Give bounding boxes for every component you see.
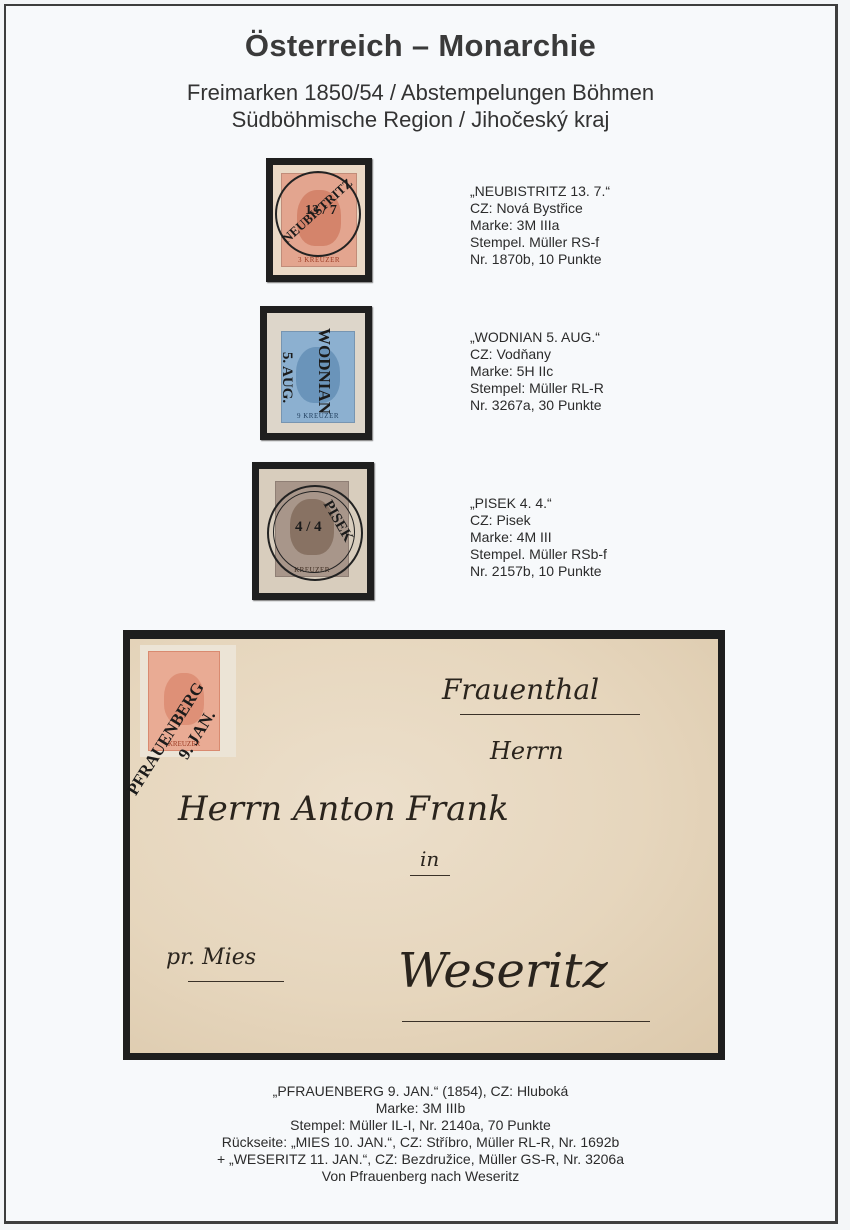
stamp-description-pisek: „PISEK 4. 4.“ CZ: Pisek Marke: 4M III St… (470, 495, 607, 580)
underline (402, 1021, 650, 1022)
cancel-town: WODNIAN (314, 328, 334, 414)
stamp-description-neubistritz: „NEUBISTRITZ 13. 7.“ CZ: Nová Bystřice M… (470, 183, 610, 268)
postal-cover: KREUZER PFRAUENBERG 9. JAN. Frauenthal H… (130, 639, 718, 1053)
stamp-pisek: KREUZER PISEK 4 / 4 (259, 469, 367, 593)
handwriting-via-mies: pr. Mies (166, 945, 256, 970)
underline (410, 875, 450, 876)
stamp-value-label: 3 KREUZER (282, 256, 356, 264)
handwriting-in: in (420, 847, 439, 871)
stamp-neubistritz: 3 KREUZER NEUBISTRITZ 13 / 7 (273, 165, 365, 275)
page-title: Österreich – Monarchie (6, 28, 835, 64)
handwriting-frauenthal: Frauenthal (442, 673, 599, 706)
cancel-date: 5. AUG. (278, 352, 295, 403)
handwriting-herrn-1: Herrn (490, 737, 564, 765)
stamp-wodnian: 9 KREUZER WODNIAN 5. AUG. (267, 313, 365, 433)
underline (188, 981, 284, 982)
stamp-description-wodnian: „WODNIAN 5. AUG.“ CZ: Vodňany Marke: 5H … (470, 329, 604, 414)
stamp-mount-neubistritz: 3 KREUZER NEUBISTRITZ 13 / 7 (266, 158, 372, 282)
handwriting-weseritz: Weseritz (398, 943, 608, 999)
stamp-mount-pisek: KREUZER PISEK 4 / 4 (252, 462, 374, 600)
cover-caption: „PFRAUENBERG 9. JAN.“ (1854), CZ: Hlubok… (6, 1083, 835, 1185)
stamp-mount-wodnian: 9 KREUZER WODNIAN 5. AUG. (260, 306, 372, 440)
underline (460, 714, 640, 715)
handwriting-addressee: Herrn Anton Frank (178, 789, 509, 829)
cover-mount: KREUZER PFRAUENBERG 9. JAN. Frauenthal H… (123, 630, 725, 1060)
cancel-date: 13 / 7 (305, 203, 337, 219)
page-subtitle-1: Freimarken 1850/54 / Abstempelungen Böhm… (6, 80, 835, 106)
cancel-date: 4 / 4 (295, 519, 322, 536)
page-subtitle-2: Südböhmische Region / Jihočeský kraj (6, 107, 835, 133)
album-page: Österreich – Monarchie Freimarken 1850/5… (4, 4, 838, 1224)
